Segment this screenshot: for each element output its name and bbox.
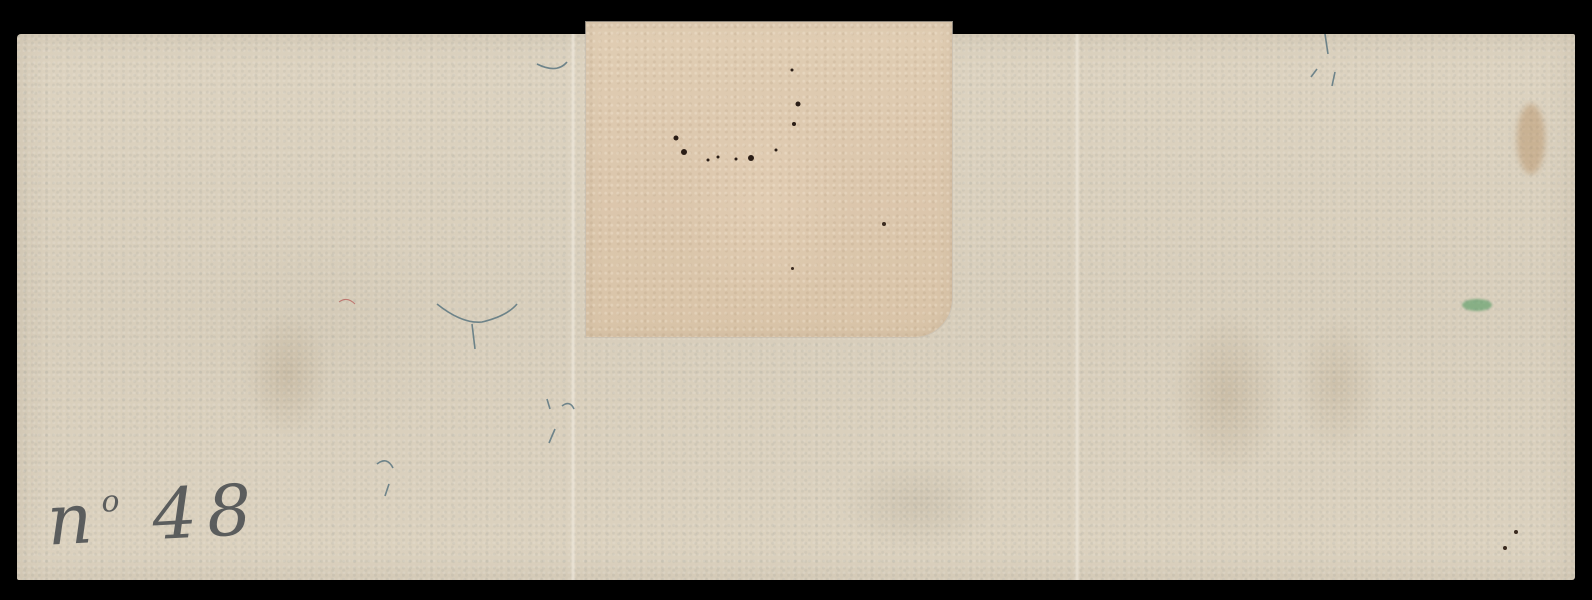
hinge-remnant	[586, 22, 952, 337]
cancel-show-through-dots	[646, 52, 846, 172]
edge-stain	[1517, 104, 1545, 174]
speck	[791, 267, 794, 270]
pencil-superscript-o: o	[100, 484, 120, 520]
pencil-notation: no 48	[45, 468, 263, 561]
pencil-number: 48	[150, 468, 263, 556]
speck	[1503, 546, 1507, 550]
stamp-strip-back: no 48	[17, 34, 1575, 580]
stamp-divider-1	[570, 34, 576, 580]
green-ink-speck	[1462, 299, 1492, 311]
stamp-divider-2	[1074, 34, 1080, 580]
speck	[1514, 530, 1518, 534]
pencil-n: n	[45, 477, 104, 562]
speck	[882, 222, 886, 226]
